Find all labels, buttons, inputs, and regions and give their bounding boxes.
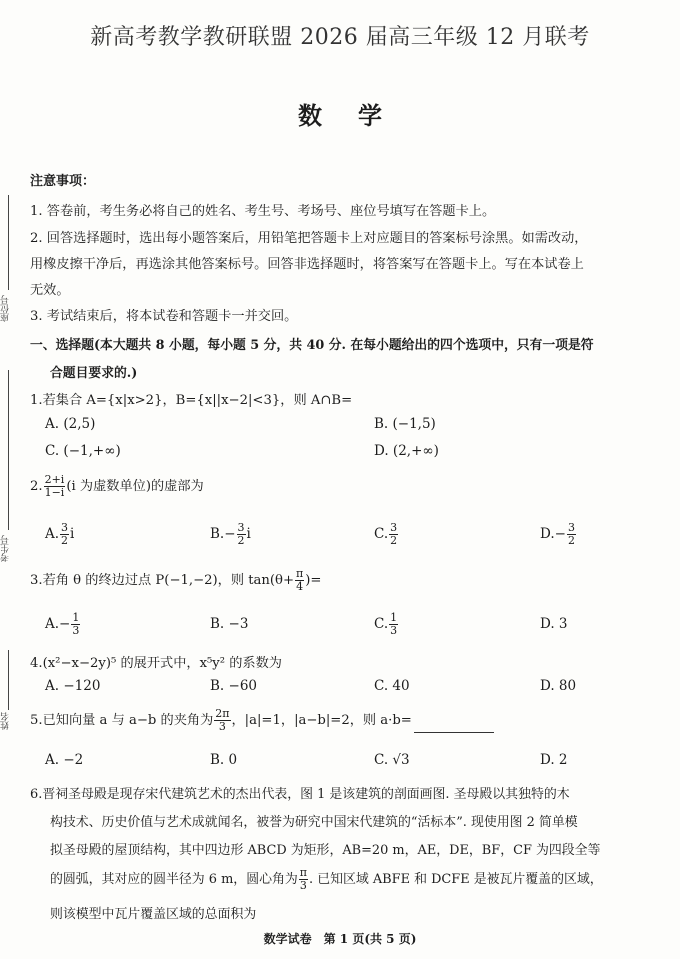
question-6-line-4: 的圆弧，其对应的圆半径为 6 m，圆心角为π3. 已知区域 ABFE 和 DCF… bbox=[50, 867, 603, 892]
question-6-line-3: 拟圣母殿的屋顶结构，其中四边形 ABCD 为矩形，AB=20 m，AE，DE，B… bbox=[50, 839, 600, 858]
question-stem: (x²−x−2y)⁵ 的展开式中，x⁵y² 的系数为 bbox=[43, 656, 282, 671]
q5-option-d[interactable]: D. 2 bbox=[540, 752, 568, 768]
page-footer: 数学试卷 第 1 页(共 5 页) bbox=[0, 930, 680, 947]
q5-option-c[interactable]: C. √3 bbox=[374, 752, 410, 768]
q1-option-b[interactable]: B. (−1,5) bbox=[374, 416, 436, 432]
note-2-cont: 用橡皮擦干净后，再选涂其他答案标号。回答非选择题时，将答案写在答题卡上。写在本试… bbox=[30, 253, 584, 272]
margin-divider bbox=[8, 195, 9, 290]
question-5: 5.已知向量 a 与 a−b 的夹角为2π3，|a|=1，|a−b|=2，则 a… bbox=[30, 708, 494, 733]
margin-label-seat: 座位号 bbox=[1, 295, 11, 322]
q2-option-a[interactable]: A.32i bbox=[45, 522, 74, 547]
question-number: 5. bbox=[30, 713, 43, 728]
note-2: 2. 回答选择题时，选出每小题答案后，用铅笔把答题卡上对应题目的答案标号涂黑。如… bbox=[30, 227, 587, 246]
margin-divider bbox=[8, 370, 9, 530]
margin-label-candidate-no: 考生号 bbox=[1, 535, 11, 562]
question-number: 3. bbox=[30, 573, 43, 588]
margin-label-name: 姓名 bbox=[1, 712, 11, 730]
question-1: 1.若集合 A={x|x>2}，B={x||x−2|<3}，则 A∩B= bbox=[30, 389, 352, 408]
question-stem: (i 为虚数单位)的虚部为 bbox=[66, 479, 203, 494]
question-stem: 若集合 A={x|x>2}，B={x||x−2|<3}，则 A∩B= bbox=[43, 393, 353, 408]
q4-option-c[interactable]: C. 40 bbox=[374, 678, 410, 694]
q3-option-d[interactable]: D. 3 bbox=[540, 616, 568, 632]
section-title-cont: 合题目要求的.) bbox=[50, 362, 137, 381]
section-title: 一、选择题(本大题共 8 小题，每小题 5 分，共 40 分. 在每小题给出的四… bbox=[30, 334, 594, 353]
q1-option-a[interactable]: A. (2,5) bbox=[45, 416, 95, 432]
question-6-line-2: 构技术、历史价值与艺术成就闻名，被誉为研究中国宋代建筑的“活标本”. 现使用图 … bbox=[50, 811, 578, 830]
q3-option-a[interactable]: A.−13 bbox=[45, 612, 81, 637]
answer-blank bbox=[414, 732, 494, 733]
q3-option-c[interactable]: C.13 bbox=[374, 612, 399, 637]
question-number: 4. bbox=[30, 656, 43, 671]
q5-option-b[interactable]: B. 0 bbox=[210, 752, 237, 768]
question-3: 3.若角 θ 的终边过点 P(−1,−2)，则 tan(θ+π4)= bbox=[30, 568, 321, 593]
q5-option-a[interactable]: A. −2 bbox=[45, 752, 83, 768]
q4-option-d[interactable]: D. 80 bbox=[540, 678, 576, 694]
exam-title: 新高考教学教研联盟 2026 届高三年级 12 月联考 bbox=[0, 20, 680, 51]
q2-option-c[interactable]: C.32 bbox=[374, 522, 399, 547]
question-number: 6. bbox=[30, 787, 42, 802]
fraction: 2+i1−i bbox=[44, 474, 66, 499]
question-number: 1. bbox=[30, 393, 43, 408]
q4-option-b[interactable]: B. −60 bbox=[210, 678, 257, 694]
q3-option-b[interactable]: B. −3 bbox=[210, 616, 248, 632]
note-3: 3. 考试结束后，将本试卷和答题卡一并交回。 bbox=[30, 305, 297, 324]
q4-option-a[interactable]: A. −120 bbox=[45, 678, 100, 694]
question-number: 2. bbox=[30, 479, 43, 494]
question-6-line-5: 则该模型中瓦片覆盖区域的总面积为 bbox=[50, 903, 256, 922]
q2-option-b[interactable]: B.−32i bbox=[210, 522, 251, 547]
notes-heading: 注意事项： bbox=[30, 170, 95, 189]
question-6: 6.晋祠圣母殿是现存宋代建筑艺术的杰出代表，图 1 是该建筑的剖面画图. 圣母殿… bbox=[30, 783, 570, 802]
q2-option-d[interactable]: D.−32 bbox=[540, 522, 577, 547]
note-2-end: 无效。 bbox=[30, 279, 70, 298]
question-4: 4.(x²−x−2y)⁵ 的展开式中，x⁵y² 的系数为 bbox=[30, 652, 282, 671]
question-2: 2.2+i1−i(i 为虚数单位)的虚部为 bbox=[30, 474, 204, 499]
margin-divider bbox=[8, 650, 9, 710]
note-1: 1. 答卷前，考生务必将自己的姓名、考生号、考场号、座位号填写在答题卡上。 bbox=[30, 200, 495, 219]
q1-option-d[interactable]: D. (2,+∞) bbox=[374, 443, 439, 459]
subject-title: 数学 bbox=[0, 96, 680, 131]
q1-option-c[interactable]: C. (−1,+∞) bbox=[45, 443, 121, 459]
